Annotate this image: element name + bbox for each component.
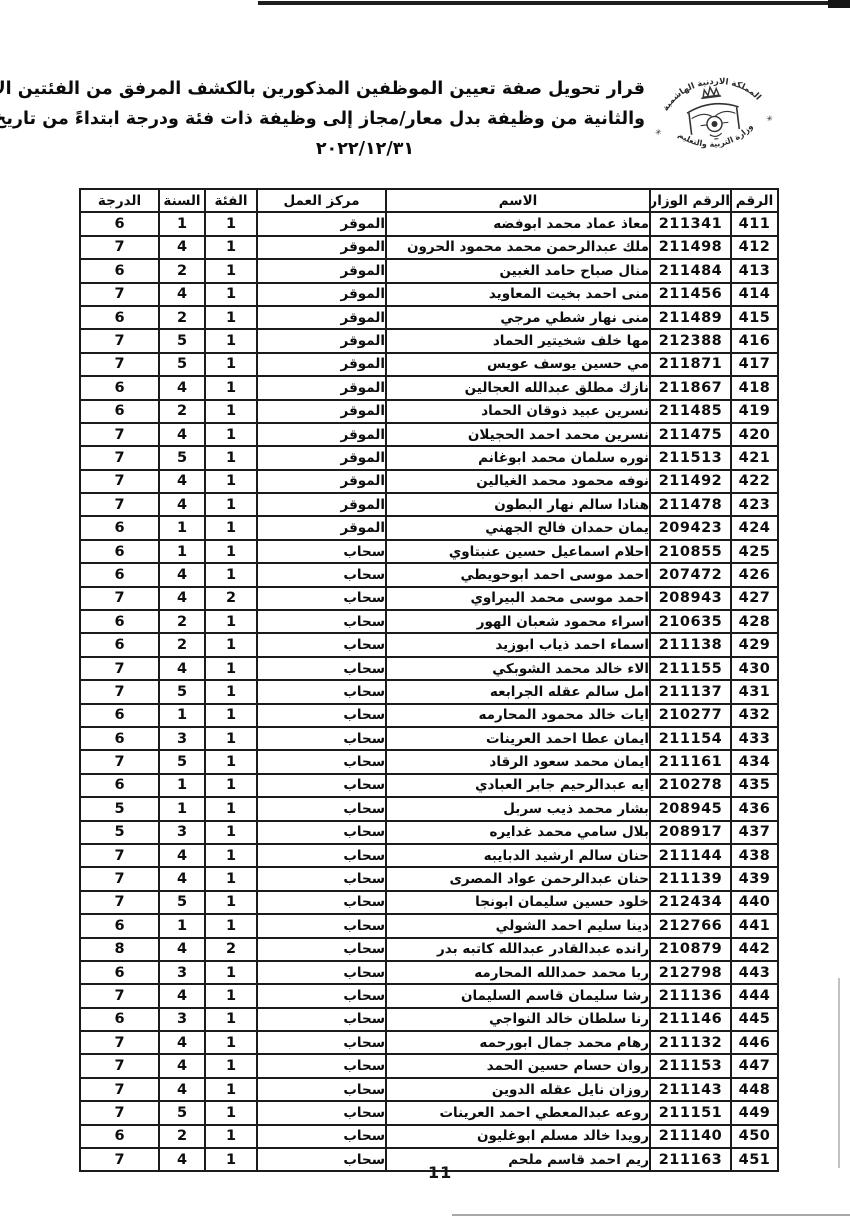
table-row: 450211140رويدا خالد مسلم ابوغليونسحاب126 [80, 1125, 778, 1148]
cell-ministry-no: 210277 [650, 704, 731, 727]
table-row: 417211871مي حسين يوسف عويسالموقر157 [80, 353, 778, 376]
cell-ministry-no: 211484 [650, 259, 731, 282]
cell-work-center: سحاب [257, 1125, 386, 1148]
table-row: 448211143روزان نايل عقله الدوينسحاب147 [80, 1078, 778, 1101]
cell-grade: 7 [80, 283, 159, 306]
cell-work-center: سحاب [257, 540, 386, 563]
table-row: 445211146رنا سلطان خالد النواجيسحاب136 [80, 1008, 778, 1031]
cell-ministry-no: 211485 [650, 400, 731, 423]
cell-num: 434 [731, 750, 778, 773]
cell-year: 5 [159, 680, 205, 703]
cell-work-center: الموقر [257, 516, 386, 539]
page-number: 11 [428, 1163, 452, 1182]
table-row: 449211151روعه عبدالمعطي احمد العريناتسحا… [80, 1101, 778, 1124]
ministry-seal-icon: المملكة الاردنية الهاشمية وزارة التربية … [642, 58, 786, 181]
cell-work-center: سحاب [257, 704, 386, 727]
cell-year: 2 [159, 610, 205, 633]
cell-year: 3 [159, 1008, 205, 1031]
cell-num: 423 [731, 493, 778, 516]
cell-category: 1 [205, 610, 257, 633]
cell-work-center: الموقر [257, 493, 386, 516]
svg-text:✳: ✳ [766, 114, 774, 124]
cell-category: 1 [205, 633, 257, 656]
cell-ministry-no: 211140 [650, 1125, 731, 1148]
cell-ministry-no: 211144 [650, 844, 731, 867]
cell-name: امل سالم عقله الجرابعه [386, 680, 650, 703]
cell-num: 415 [731, 306, 778, 329]
scan-artifact-top-line [258, 1, 850, 5]
cell-work-center: سحاب [257, 774, 386, 797]
cell-year: 1 [159, 914, 205, 937]
column-header-year: السنة [159, 189, 205, 212]
cell-grade: 7 [80, 867, 159, 890]
table-row: 438211144حنان سالم ارشيد الدبايبهسحاب147 [80, 844, 778, 867]
scan-artifact-bottom-line [452, 1214, 850, 1216]
cell-grade: 6 [80, 727, 159, 750]
cell-grade: 6 [80, 774, 159, 797]
cell-ministry-no: 211456 [650, 283, 731, 306]
cell-work-center: سحاب [257, 891, 386, 914]
cell-category: 1 [205, 867, 257, 890]
table-row: 440212434خلود حسين سليمان ابونجاسحاب157 [80, 891, 778, 914]
cell-name: الاء خالد محمد الشوبكي [386, 657, 650, 680]
table-row: 411211341معاذ عماد محمد ابوفضهالموقر116 [80, 212, 778, 235]
cell-grade: 6 [80, 633, 159, 656]
cell-year: 4 [159, 236, 205, 259]
cell-ministry-no: 211867 [650, 376, 731, 399]
document-title: قرار تحويل صفة تعيين الموظفين المذكورين … [85, 74, 645, 164]
cell-num: 433 [731, 727, 778, 750]
cell-category: 1 [205, 236, 257, 259]
table-row: 444211136رشا سليمان قاسم السليمانسحاب147 [80, 984, 778, 1007]
cell-category: 1 [205, 283, 257, 306]
cell-name: نسرين عبيد ذوقان الحماد [386, 400, 650, 423]
cell-work-center: الموقر [257, 353, 386, 376]
cell-year: 4 [159, 1054, 205, 1077]
cell-name: رنا سلطان خالد النواجي [386, 1008, 650, 1031]
cell-work-center: الموقر [257, 306, 386, 329]
table-row: 441212766دينا سليم احمد الشوليسحاب116 [80, 914, 778, 937]
cell-year: 5 [159, 891, 205, 914]
cell-name: بشار محمد ذيب سربل [386, 797, 650, 820]
cell-ministry-no: 212434 [650, 891, 731, 914]
table-row: 432210277ايات خالد محمود المحارمهسحاب116 [80, 704, 778, 727]
cell-year: 4 [159, 984, 205, 1007]
cell-name: ريم احمد قاسم ملحم [386, 1148, 650, 1171]
cell-num: 430 [731, 657, 778, 680]
cell-grade: 7 [80, 844, 159, 867]
cell-grade: 8 [80, 938, 159, 961]
cell-category: 1 [205, 1031, 257, 1054]
cell-work-center: سحاب [257, 680, 386, 703]
table-row: 423211478هنادا سالم نهار البطونالموقر147 [80, 493, 778, 516]
scanned-document-page: المملكة الاردنية الهاشمية وزارة التربية … [0, 0, 850, 1222]
cell-num: 426 [731, 563, 778, 586]
table-row: 418211867نازك مطلق عبدالله العجالينالموق… [80, 376, 778, 399]
cell-num: 437 [731, 821, 778, 844]
cell-name: بلال سامي محمد غدايره [386, 821, 650, 844]
cell-name: حنان سالم ارشيد الدبايبه [386, 844, 650, 867]
cell-year: 3 [159, 727, 205, 750]
cell-category: 1 [205, 423, 257, 446]
table-row: 413211484منال صباح حامد الغبينالموقر126 [80, 259, 778, 282]
cell-category: 1 [205, 470, 257, 493]
cell-category: 1 [205, 1054, 257, 1077]
cell-work-center: سحاب [257, 1031, 386, 1054]
cell-work-center: الموقر [257, 212, 386, 235]
cell-ministry-no: 211163 [650, 1148, 731, 1171]
cell-name: ايات خالد محمود المحارمه [386, 704, 650, 727]
cell-num: 447 [731, 1054, 778, 1077]
cell-name: ملك عبدالرحمن محمد محمود الحرون [386, 236, 650, 259]
cell-grade: 7 [80, 446, 159, 469]
column-header-category: الفئة [205, 189, 257, 212]
cell-year: 3 [159, 961, 205, 984]
cell-num: 432 [731, 704, 778, 727]
cell-grade: 7 [80, 984, 159, 1007]
cell-grade: 7 [80, 657, 159, 680]
cell-year: 4 [159, 1031, 205, 1054]
cell-num: 421 [731, 446, 778, 469]
cell-year: 3 [159, 821, 205, 844]
scan-artifact-top-nub [828, 0, 850, 8]
cell-year: 2 [159, 1125, 205, 1148]
cell-num: 444 [731, 984, 778, 1007]
cell-work-center: الموقر [257, 400, 386, 423]
cell-num: 450 [731, 1125, 778, 1148]
cell-work-center: سحاب [257, 1008, 386, 1031]
cell-category: 1 [205, 774, 257, 797]
cell-grade: 6 [80, 961, 159, 984]
table-row: 421211513نوره سلمان محمد ابوغانمالموقر15… [80, 446, 778, 469]
cell-name: اسماء احمد ذياب ابوزيد [386, 633, 650, 656]
cell-category: 1 [205, 493, 257, 516]
cell-grade: 7 [80, 1054, 159, 1077]
cell-grade: 6 [80, 540, 159, 563]
cell-work-center: سحاب [257, 1148, 386, 1171]
cell-ministry-no: 211498 [650, 236, 731, 259]
cell-grade: 7 [80, 1101, 159, 1124]
cell-year: 4 [159, 283, 205, 306]
cell-category: 1 [205, 329, 257, 352]
cell-ministry-no: 211132 [650, 1031, 731, 1054]
cell-name: هنادا سالم نهار البطون [386, 493, 650, 516]
svg-text:✳: ✳ [655, 127, 663, 137]
table-row: 416212388مها خلف شخيتير الحمادالموقر157 [80, 329, 778, 352]
cell-ministry-no: 211513 [650, 446, 731, 469]
cell-work-center: سحاب [257, 867, 386, 890]
cell-work-center: سحاب [257, 750, 386, 773]
cell-year: 5 [159, 329, 205, 352]
column-header-grade: الدرجة [80, 189, 159, 212]
cell-num: 427 [731, 587, 778, 610]
cell-category: 1 [205, 259, 257, 282]
cell-ministry-no: 211154 [650, 727, 731, 750]
cell-year: 1 [159, 516, 205, 539]
table-row: 428210635اسراء محمود شعبان الهورسحاب126 [80, 610, 778, 633]
cell-num: 445 [731, 1008, 778, 1031]
cell-ministry-no: 211139 [650, 867, 731, 890]
cell-work-center: سحاب [257, 1054, 386, 1077]
cell-num: 449 [731, 1101, 778, 1124]
cell-num: 413 [731, 259, 778, 282]
cell-year: 2 [159, 259, 205, 282]
cell-grade: 7 [80, 493, 159, 516]
cell-work-center: الموقر [257, 329, 386, 352]
cell-name: ايمان عطا احمد العرينات [386, 727, 650, 750]
cell-year: 4 [159, 938, 205, 961]
cell-grade: 6 [80, 1125, 159, 1148]
cell-num: 441 [731, 914, 778, 937]
cell-ministry-no: 212388 [650, 329, 731, 352]
cell-name: حنان عبدالرحمن عواد المصرى [386, 867, 650, 890]
cell-name: مي حسين يوسف عويس [386, 353, 650, 376]
cell-name: منى نهار شطي مرجي [386, 306, 650, 329]
cell-ministry-no: 211153 [650, 1054, 731, 1077]
cell-grade: 7 [80, 1078, 159, 1101]
cell-category: 1 [205, 821, 257, 844]
cell-name: احلام اسماعيل حسين عنبتاوي [386, 540, 650, 563]
table-row: 422211492نوفه محمود محمد الغيالينالموقر1… [80, 470, 778, 493]
cell-category: 1 [205, 961, 257, 984]
cell-num: 411 [731, 212, 778, 235]
cell-name: ربا محمد حمدالله المحارمه [386, 961, 650, 984]
cell-year: 1 [159, 774, 205, 797]
cell-num: 439 [731, 867, 778, 890]
cell-work-center: الموقر [257, 236, 386, 259]
cell-year: 4 [159, 470, 205, 493]
cell-grade: 6 [80, 376, 159, 399]
cell-ministry-no: 212798 [650, 961, 731, 984]
cell-num: 448 [731, 1078, 778, 1101]
cell-ministry-no: 211492 [650, 470, 731, 493]
cell-grade: 6 [80, 563, 159, 586]
cell-ministry-no: 211489 [650, 306, 731, 329]
cell-work-center: سحاب [257, 1101, 386, 1124]
cell-name: خلود حسين سليمان ابونجا [386, 891, 650, 914]
cell-work-center: سحاب [257, 821, 386, 844]
table-row: 442210879رانده عبدالقادر عبدالله كاتبه ب… [80, 938, 778, 961]
cell-year: 1 [159, 704, 205, 727]
cell-grade: 7 [80, 236, 159, 259]
cell-year: 4 [159, 493, 205, 516]
cell-year: 2 [159, 400, 205, 423]
title-line-2: والثانية من وظيفة بدل معار/مجاز إلى وظيف… [85, 104, 645, 134]
cell-year: 1 [159, 797, 205, 820]
scan-artifact-right-line [838, 978, 840, 1168]
table-row: 415211489منى نهار شطي مرجيالموقر126 [80, 306, 778, 329]
cell-num: 417 [731, 353, 778, 376]
cell-grade: 6 [80, 1008, 159, 1031]
cell-category: 2 [205, 938, 257, 961]
cell-num: 440 [731, 891, 778, 914]
cell-name: مها خلف شخيتير الحماد [386, 329, 650, 352]
table-row: 433211154ايمان عطا احمد العريناتسحاب136 [80, 727, 778, 750]
table-body: 411211341معاذ عماد محمد ابوفضهالموقر1164… [80, 212, 778, 1171]
cell-work-center: الموقر [257, 376, 386, 399]
cell-category: 1 [205, 446, 257, 469]
cell-name: روزان نايل عقله الدوين [386, 1078, 650, 1101]
cell-category: 1 [205, 376, 257, 399]
cell-grade: 7 [80, 1148, 159, 1171]
cell-name: نازك مطلق عبدالله العجالين [386, 376, 650, 399]
cell-grade: 6 [80, 212, 159, 235]
cell-num: 451 [731, 1148, 778, 1171]
cell-year: 5 [159, 1101, 205, 1124]
cell-ministry-no: 211143 [650, 1078, 731, 1101]
cell-ministry-no: 208917 [650, 821, 731, 844]
cell-ministry-no: 207472 [650, 563, 731, 586]
table-row: 446211132رهام محمد جمال ابورحمهسحاب147 [80, 1031, 778, 1054]
cell-category: 1 [205, 1148, 257, 1171]
table-row: 414211456منى احمد بخيت المعاويدالموقر147 [80, 283, 778, 306]
cell-name: احمد موسى احمد ابوحويطي [386, 563, 650, 586]
column-header-num: الرقم [731, 189, 778, 212]
cell-name: نسرين محمد احمد الحجيلان [386, 423, 650, 446]
cell-grade: 7 [80, 1031, 159, 1054]
cell-category: 1 [205, 1101, 257, 1124]
cell-name: روان حسام حسين الحمد [386, 1054, 650, 1077]
cell-grade: 7 [80, 750, 159, 773]
cell-category: 1 [205, 212, 257, 235]
title-date: ٢٠٢٢/١٢/٣١ [85, 134, 645, 164]
cell-grade: 7 [80, 587, 159, 610]
cell-year: 5 [159, 353, 205, 376]
cell-ministry-no: 210879 [650, 938, 731, 961]
cell-grade: 5 [80, 797, 159, 820]
cell-category: 1 [205, 704, 257, 727]
cell-grade: 7 [80, 470, 159, 493]
cell-year: 5 [159, 446, 205, 469]
cell-grade: 7 [80, 353, 159, 376]
cell-work-center: الموقر [257, 423, 386, 446]
table-row: 426207472احمد موسى احمد ابوحويطيسحاب146 [80, 563, 778, 586]
cell-name: ايه عبدالرحيم جابر العبادي [386, 774, 650, 797]
cell-ministry-no: 208943 [650, 587, 731, 610]
cell-year: 4 [159, 563, 205, 586]
column-header-ministry-no: الرقم الوزاري [650, 189, 731, 212]
column-header-name: الاسم [386, 189, 650, 212]
cell-work-center: سحاب [257, 914, 386, 937]
cell-work-center: سحاب [257, 563, 386, 586]
cell-work-center: سحاب [257, 657, 386, 680]
cell-grade: 6 [80, 400, 159, 423]
cell-year: 4 [159, 376, 205, 399]
cell-num: 412 [731, 236, 778, 259]
cell-num: 436 [731, 797, 778, 820]
cell-ministry-no: 211341 [650, 212, 731, 235]
cell-category: 1 [205, 1078, 257, 1101]
cell-work-center: سحاب [257, 610, 386, 633]
cell-num: 435 [731, 774, 778, 797]
cell-category: 1 [205, 844, 257, 867]
cell-work-center: سحاب [257, 587, 386, 610]
cell-name: معاذ عماد محمد ابوفضه [386, 212, 650, 235]
cell-grade: 6 [80, 704, 159, 727]
cell-year: 2 [159, 306, 205, 329]
cell-year: 1 [159, 540, 205, 563]
column-header-work-center: مركز العمل [257, 189, 386, 212]
cell-year: 4 [159, 423, 205, 446]
cell-work-center: الموقر [257, 446, 386, 469]
cell-num: 422 [731, 470, 778, 493]
table-row: 437208917بلال سامي محمد غدايرهسحاب135 [80, 821, 778, 844]
cell-name: منال صباح حامد الغبين [386, 259, 650, 282]
cell-year: 4 [159, 657, 205, 680]
cell-category: 1 [205, 750, 257, 773]
cell-name: ايمان محمد سعود الرقاد [386, 750, 650, 773]
cell-work-center: سحاب [257, 1078, 386, 1101]
table-row: 420211475نسرين محمد احمد الحجيلانالموقر1… [80, 423, 778, 446]
cell-category: 1 [205, 540, 257, 563]
cell-ministry-no: 209423 [650, 516, 731, 539]
cell-num: 419 [731, 400, 778, 423]
cell-work-center: سحاب [257, 938, 386, 961]
cell-work-center: سحاب [257, 633, 386, 656]
cell-grade: 7 [80, 329, 159, 352]
cell-num: 438 [731, 844, 778, 867]
cell-year: 4 [159, 867, 205, 890]
cell-category: 2 [205, 587, 257, 610]
cell-name: رانده عبدالقادر عبدالله كاتبه بدر [386, 938, 650, 961]
cell-category: 1 [205, 400, 257, 423]
cell-work-center: الموقر [257, 259, 386, 282]
cell-work-center: سحاب [257, 797, 386, 820]
cell-name: رهام محمد جمال ابورحمه [386, 1031, 650, 1054]
cell-num: 424 [731, 516, 778, 539]
cell-ministry-no: 208945 [650, 797, 731, 820]
cell-year: 4 [159, 844, 205, 867]
cell-name: روعه عبدالمعطي احمد العرينات [386, 1101, 650, 1124]
cell-name: رويدا خالد مسلم ابوغليون [386, 1125, 650, 1148]
svg-text:المملكة الاردنية الهاشمية: المملكة الاردنية الهاشمية [658, 71, 764, 114]
cell-num: 443 [731, 961, 778, 984]
cell-category: 1 [205, 914, 257, 937]
cell-ministry-no: 212766 [650, 914, 731, 937]
cell-num: 425 [731, 540, 778, 563]
cell-grade: 6 [80, 306, 159, 329]
table-row: 412211498ملك عبدالرحمن محمد محمود الحرون… [80, 236, 778, 259]
cell-year: 5 [159, 750, 205, 773]
table-row: 429211138اسماء احمد ذياب ابوزيدسحاب126 [80, 633, 778, 656]
table-header-row: الرقم الرقم الوزاري الاسم مركز العمل الف… [80, 189, 778, 212]
cell-grade: 7 [80, 680, 159, 703]
employees-table: الرقم الرقم الوزاري الاسم مركز العمل الف… [79, 188, 779, 1172]
table-row: 430211155الاء خالد محمد الشوبكيسحاب147 [80, 657, 778, 680]
cell-ministry-no: 211478 [650, 493, 731, 516]
cell-grade: 6 [80, 914, 159, 937]
cell-ministry-no: 211137 [650, 680, 731, 703]
cell-category: 1 [205, 891, 257, 914]
cell-category: 1 [205, 727, 257, 750]
cell-category: 1 [205, 657, 257, 680]
cell-work-center: سحاب [257, 844, 386, 867]
cell-num: 414 [731, 283, 778, 306]
table-row: 443212798ربا محمد حمدالله المحارمهسحاب13… [80, 961, 778, 984]
cell-name: نوره سلمان محمد ابوغانم [386, 446, 650, 469]
cell-ministry-no: 210278 [650, 774, 731, 797]
table-row: 447211153روان حسام حسين الحمدسحاب147 [80, 1054, 778, 1077]
table-row: 431211137امل سالم عقله الجرابعهسحاب157 [80, 680, 778, 703]
cell-category: 1 [205, 1125, 257, 1148]
cell-num: 420 [731, 423, 778, 446]
cell-grade: 6 [80, 516, 159, 539]
cell-category: 1 [205, 797, 257, 820]
cell-grade: 7 [80, 891, 159, 914]
cell-name: نوفه محمود محمد الغيالين [386, 470, 650, 493]
table-row: 427208943احمد موسى محمد البيراويسحاب247 [80, 587, 778, 610]
cell-work-center: الموقر [257, 470, 386, 493]
